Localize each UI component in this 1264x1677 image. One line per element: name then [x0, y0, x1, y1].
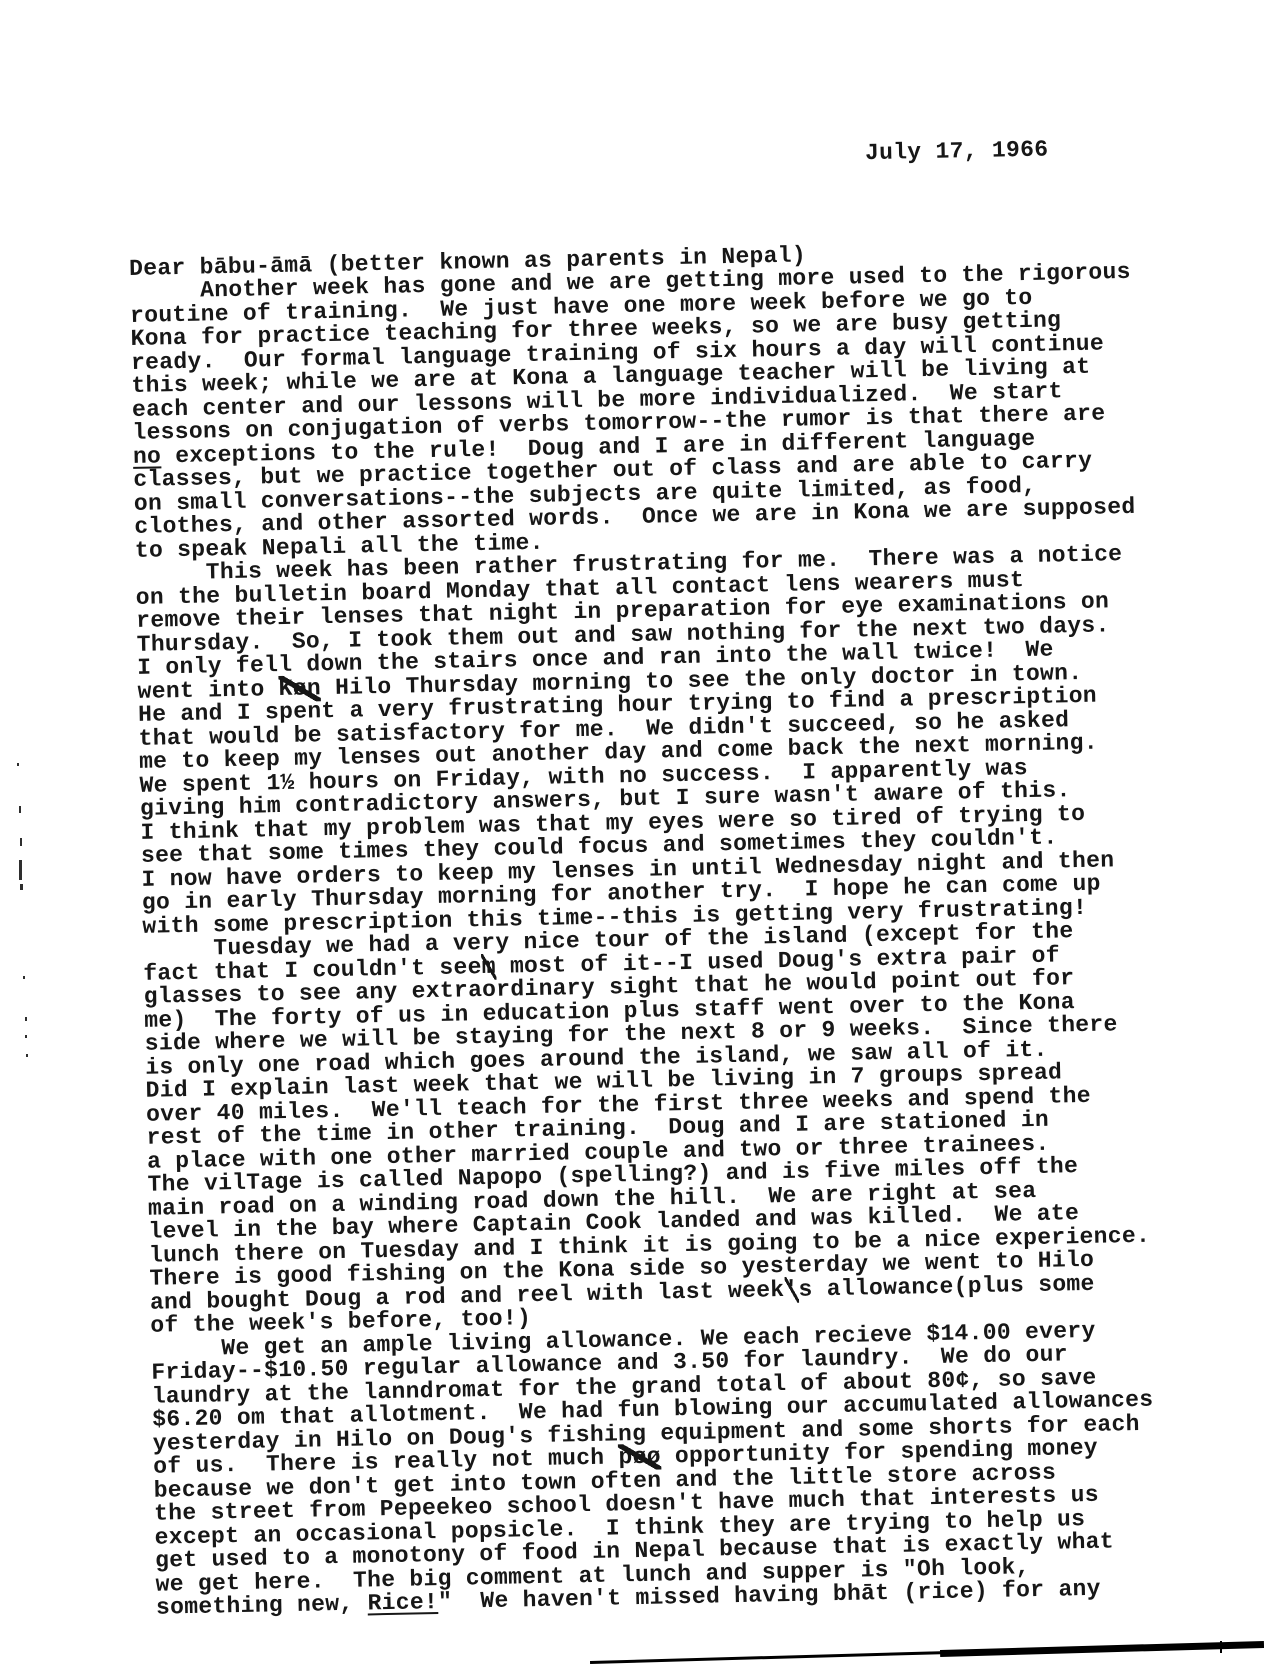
scan-artifact-speck [25, 1017, 27, 1021]
letter-text: something new, [156, 1590, 368, 1620]
scan-artifact-speck [25, 1035, 27, 1038]
struck-text: ' [784, 1276, 799, 1302]
underlined-text: Rice! [367, 1589, 438, 1616]
scan-artifact-speck [23, 976, 25, 979]
letter-lines: Dear bābu-āmā (better known as parents i… [129, 235, 1264, 1620]
scan-artifact-tick [1220, 1641, 1222, 1653]
scan-artifact-speck [19, 806, 21, 813]
scan-artifact-speck [19, 860, 22, 880]
letter-text-block: July 17, 1966 Dear bābu-āmā (better know… [126, 88, 1264, 1667]
letter-date: July 17, 1966 [127, 135, 1237, 181]
struck-text: m [481, 953, 496, 979]
scan-artifact-speck [20, 884, 23, 890]
scanned-letter-page: July 17, 1966 Dear bābu-āmā (better know… [0, 0, 1264, 1677]
scan-artifact-speck [26, 1054, 28, 1057]
scan-artifact-speck [20, 838, 22, 846]
scan-artifact-speck [17, 763, 19, 766]
